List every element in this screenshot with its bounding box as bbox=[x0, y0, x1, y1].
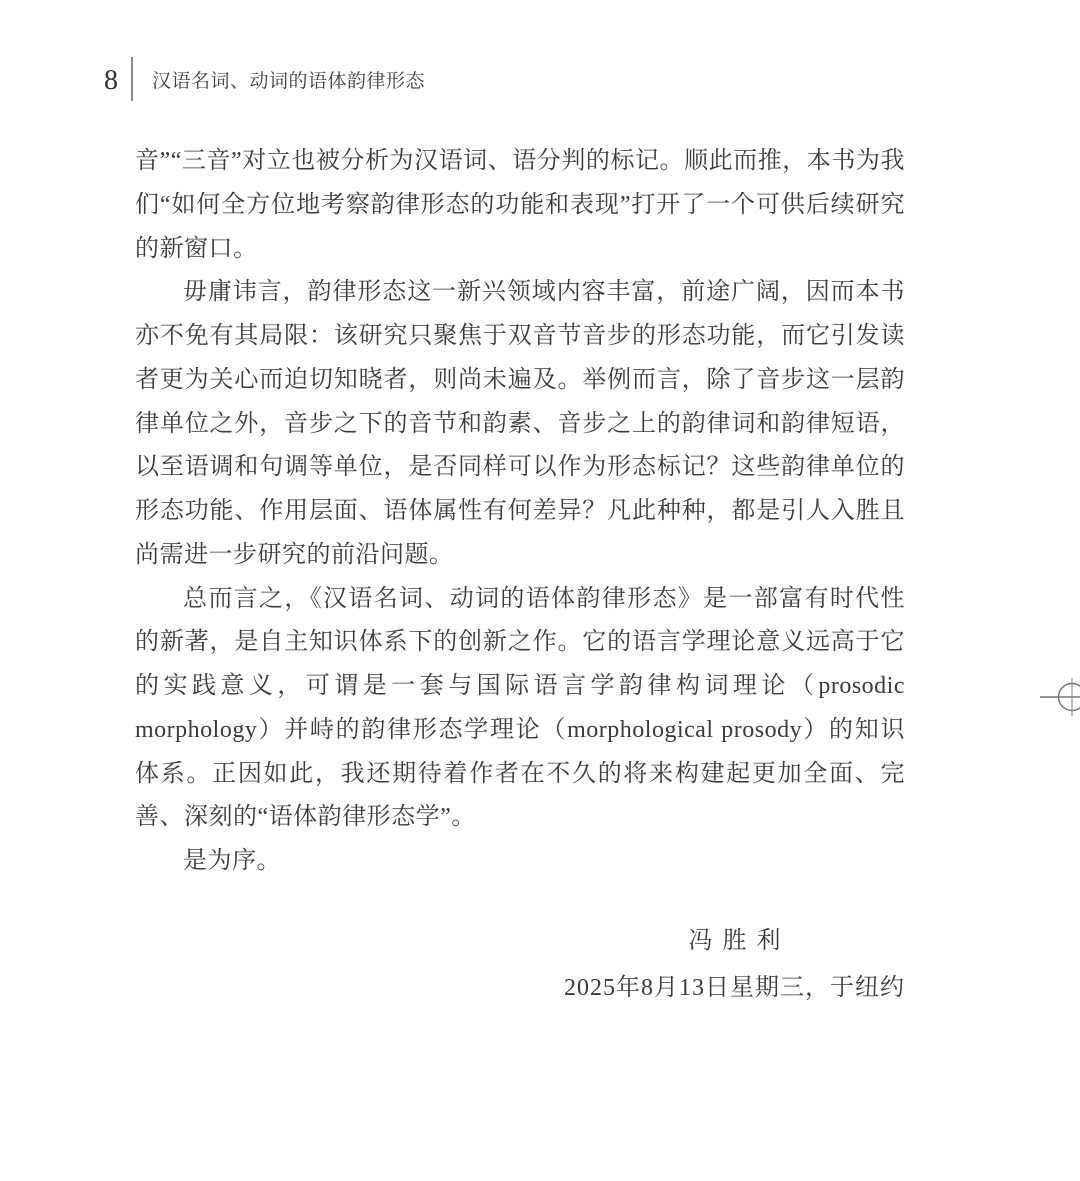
signature-block: 冯胜利 2025年8月13日星期三，于纽约 bbox=[564, 918, 905, 1012]
paragraph-limitations: 毋庸讳言，韵律形态这一新兴领域内容丰富，前途广阔，因而本书亦不免有其局限：该研究… bbox=[135, 271, 905, 577]
author-name: 冯胜利 bbox=[564, 918, 905, 965]
paragraph-conclusion: 总而言之，《汉语名词、动词的语体韵律形态》是一部富有时代性的新著，是自主知识体系… bbox=[135, 578, 905, 841]
paragraph-closing: 是为序。 bbox=[135, 840, 905, 884]
signature-date: 2025年8月13日星期三，于纽约 bbox=[564, 965, 905, 1012]
paragraph-continuation: 音”“三音”对立也被分析为汉语词、语分判的标记。顺此而推，本书为我们“如何全方位… bbox=[135, 140, 905, 271]
running-header-title: 汉语名词、动词的语体韵律形态 bbox=[152, 66, 425, 93]
page-number: 8 bbox=[100, 65, 122, 97]
preface-text-block: 音”“三音”对立也被分析为汉语词、语分判的标记。顺此而推，本书为我们“如何全方位… bbox=[135, 140, 905, 1012]
header-divider bbox=[131, 57, 133, 101]
registration-mark-icon bbox=[1035, 672, 1080, 722]
running-header: 8 汉语名词、动词的语体韵律形态 bbox=[100, 57, 425, 101]
book-page: 8 汉语名词、动词的语体韵律形态 音”“三音”对立也被分析为汉语词、语分判的标记… bbox=[0, 0, 1080, 1181]
